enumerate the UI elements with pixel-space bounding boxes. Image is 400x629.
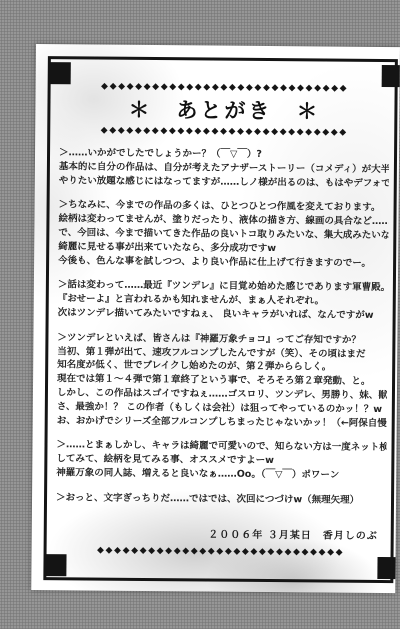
paragraph: ＞おっと、文字ぎっちりだ……ではでは、次回につづけw（無理矢理） [56, 491, 386, 508]
diamond-divider: ◆◆◆◆◆◆◆◆◆◆◆◆◆◆◆◆◆◆◆◆◆◆◆◆◆◆◆◆◆ [59, 124, 389, 139]
paragraph: ＞ちなみに、今までの作品の多くは、ひとつひとつ作風を変えております。 絵柄は変わ… [58, 199, 389, 271]
afterword-content: ◆◆◆◆◆◆◆◆◆◆◆◆◆◆◆◆◆◆◆◆◆◆◆◆◆◆◆◆◆ ＊ あとがき ＊ ◆… [56, 80, 390, 558]
corner-ornament [44, 554, 66, 576]
afterword-text-line: お、おかげでシリーズ全部フルコンプしちまったじゃないかッ！（←阿保自慢 [57, 414, 387, 431]
afterword-text-line: やりたい放題な感じにはなってますが……しノ様が出るのは、もはやデフォですw [59, 174, 389, 191]
afterword-text-line: 神羅万象の同人誌、増えると良いなぁ……Oo。（￣▽￣）ポワーン [56, 466, 386, 483]
paragraph: ＞話は変わって……最近『ツンデレ』に目覚め始めた感じであります軍曹殿。 『おせー… [58, 279, 388, 323]
paragraph: ＞ツンデレといえば、皆さんは『神羅万象チョコ』ってご存知ですか？ 当初、第１弾が… [57, 331, 388, 430]
corner-ornament [377, 557, 399, 579]
diamond-divider: ◆◆◆◆◆◆◆◆◆◆◆◆◆◆◆◆◆◆◆◆◆◆◆◆◆◆◆◆◆ [60, 80, 390, 95]
afterword-page: ◆◆◆◆◆◆◆◆◆◆◆◆◆◆◆◆◆◆◆◆◆◆◆◆◆◆◆◆◆ ＊ あとがき ＊ ◆… [31, 44, 400, 593]
afterword-body: ＞……いかがでしたでしょうかー？（￣▽￣）? 基本的に自分の作品は、自分が考えた… [56, 146, 389, 507]
paragraph: ＞……いかがでしたでしょうかー？（￣▽￣）? 基本的に自分の作品は、自分が考えた… [59, 146, 389, 190]
afterword-text-line: 次はツンデレ描いてみたいですねぇ、 良いキャラがいれば、なんですがw [58, 306, 388, 323]
afterword-text-line: ＞おっと、文字ぎっちりだ……ではでは、次回につづけw（無理矢理） [56, 491, 386, 508]
paragraph: ＞……とまぁしかし、キャラは綺麗で可愛いので、知らない方は一度ネット検索とか し… [56, 439, 386, 483]
afterword-text-line: 今後も、色んな事を試しつつ、より良い作品に仕上げて行きますのでー。 [58, 254, 388, 271]
date-signature: ２００６年 ３月某日 香月しのぶ [56, 527, 386, 543]
afterword-title: ＊ あとがき ＊ [59, 96, 389, 125]
